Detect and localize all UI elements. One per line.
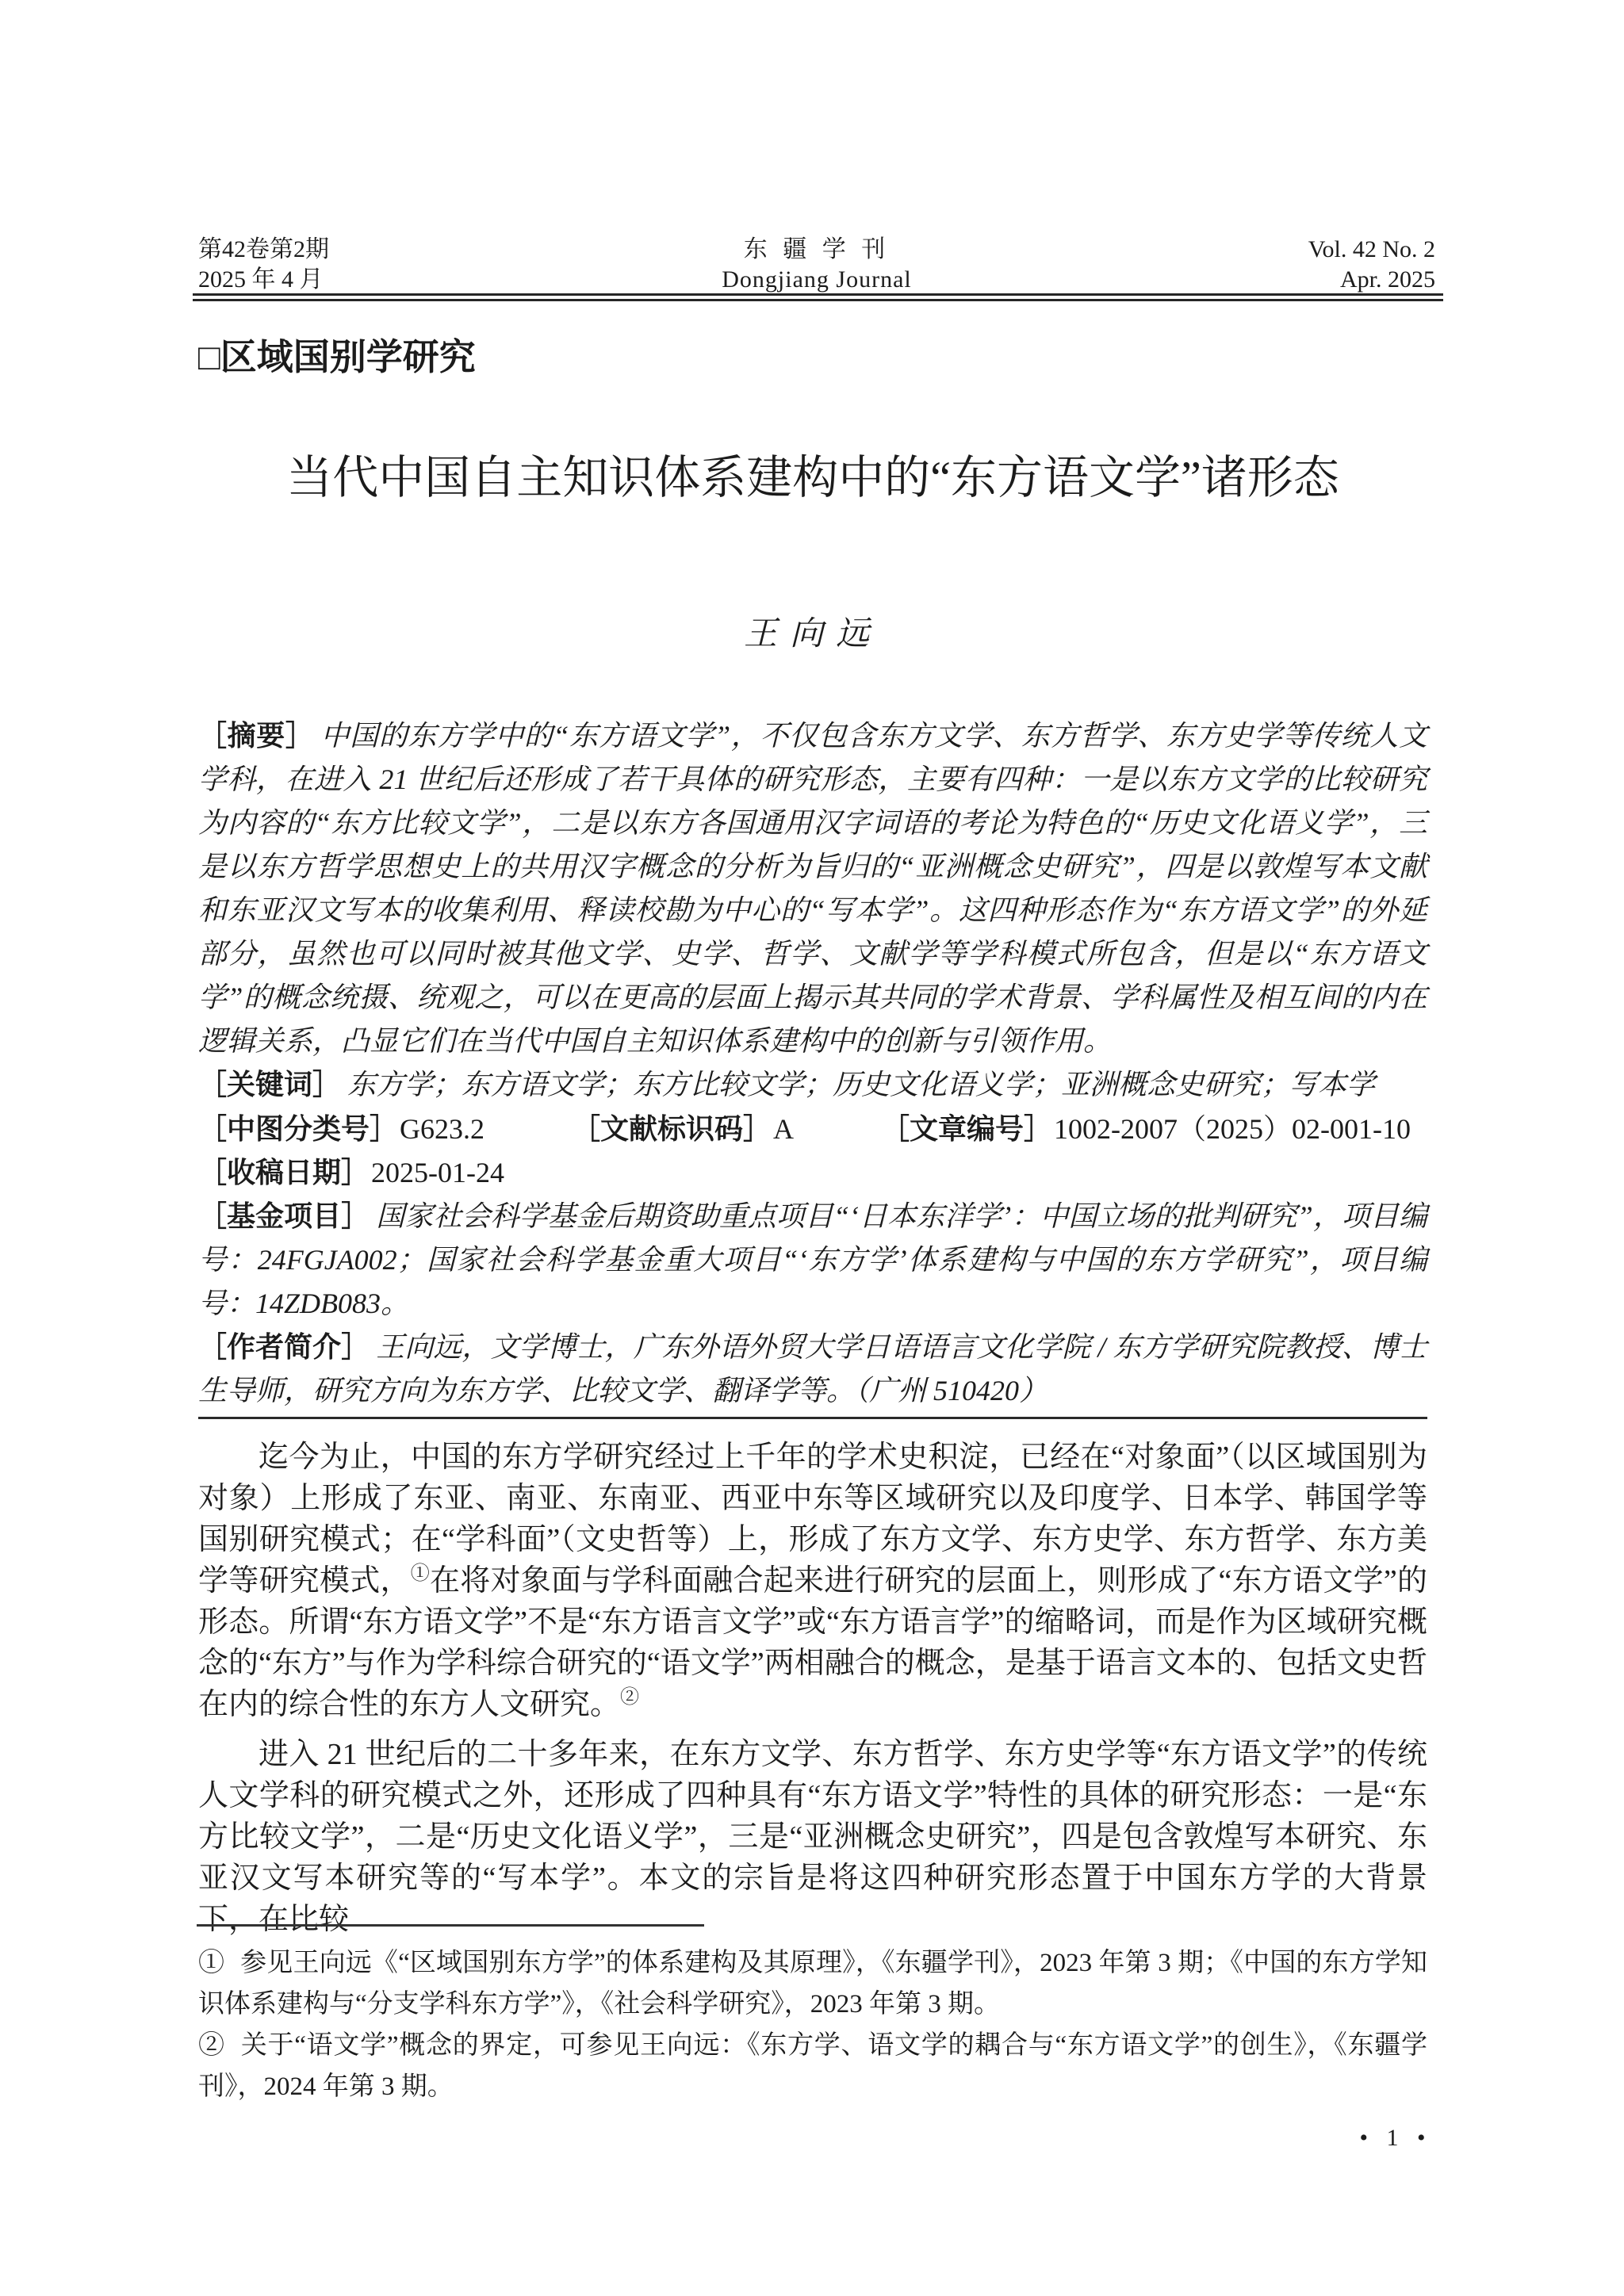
received-date-block: ［收稿日期］2025-01-24 <box>198 1150 1427 1195</box>
body-paragraph-2: 进入 21 世纪后的二十多年来，在东方文学、东方哲学、东方史学等“东方语文学”的… <box>198 1734 1427 1940</box>
author-bio-label: ［作者简介］ <box>198 1330 370 1363</box>
body-paragraph-1: 迄今为止，中国的东方学研究经过上千年的学术史积淀，已经在“对象面”（以区域国别为… <box>198 1437 1427 1725</box>
header-double-rule <box>193 293 1443 301</box>
doc-code-pair: ［文献标识码］A <box>572 1107 794 1151</box>
clc-label: ［中图分类号］ <box>198 1112 398 1145</box>
journal-header-row-2: 2025 年 4 月 Dongjiang Journal Apr. 2025 <box>198 265 1435 297</box>
doc-code-label: ［文献标识码］ <box>572 1112 772 1145</box>
doc-code-value: A <box>773 1113 794 1145</box>
clc-pair: ［中图分类号］G623.2 <box>198 1107 485 1151</box>
keywords-block: ［关键词］东方学；东方语文学；东方比较文学；历史文化语义学；亚洲概念史研究；写本… <box>198 1062 1427 1107</box>
footnote-ref-1: ① <box>411 1563 430 1584</box>
journal-title-en: Dongjiang Journal <box>198 265 1435 295</box>
article-id-value: 1002-2007（2025）02-001-10 <box>1054 1113 1411 1145</box>
fund-block: ［基金项目］国家社会科学基金后期资助重点项目“‘日本东洋学’：中国立场的批判研究… <box>198 1194 1427 1326</box>
page-number: • 1 • <box>1324 2125 1467 2152</box>
keywords-line: ［关键词］东方学；东方语文学；东方比较文学；历史文化语义学；亚洲概念史研究；写本… <box>198 1062 1427 1107</box>
fund-label: ［基金项目］ <box>198 1200 370 1232</box>
footnote-2: ②关于“语文学”概念的界定，可参见王向远：《东方学、语文学的耦合与“东方语文学”… <box>198 2025 1427 2107</box>
abstract-text: 中国的东方学中的“东方语文学”，不仅包含东方文学、东方哲学、东方史学等传统人文学… <box>198 720 1427 1057</box>
volume-issue-en: Vol. 42 No. 2 <box>1308 235 1435 265</box>
received-label: ［收稿日期］ <box>198 1156 370 1188</box>
footnote-1-marker: ① <box>198 1949 224 1977</box>
article-author: 王向远 <box>198 607 1427 655</box>
keywords-text: 东方学；东方语文学；东方比较文学；历史文化语义学；亚洲概念史研究；写本学 <box>347 1069 1375 1100</box>
date-en: Apr. 2025 <box>1340 265 1435 295</box>
author-bio-text: 王向远，文学博士，广东外语外贸大学日语语言文化学院 / 东方学研究院教授、博士生… <box>198 1331 1427 1406</box>
footnote-2-text: 关于“语文学”概念的界定，可参见王向远：《东方学、语文学的耦合与“东方语文学”的… <box>198 2031 1427 2101</box>
front-matter-separator-rule <box>198 1417 1427 1419</box>
abstract-block: ［摘要］中国的东方学中的“东方语文学”，不仅包含东方文学、东方哲学、东方史学等传… <box>198 714 1427 1063</box>
footnote-ref-2: ② <box>620 1687 639 1708</box>
received-value: 2025-01-24 <box>371 1157 504 1188</box>
article-id-pair: ［文章编号］1002-2007（2025）02-001-10 <box>881 1107 1411 1151</box>
abstract-paragraph: ［摘要］中国的东方学中的“东方语文学”，不仅包含东方文学、东方哲学、东方史学等传… <box>198 714 1427 1063</box>
author-bio-paragraph: ［作者简介］王向远，文学博士，广东外语外贸大学日语语言文化学院 / 东方学研究院… <box>198 1325 1427 1413</box>
author-bio-block: ［作者简介］王向远，文学博士，广东外语外贸大学日语语言文化学院 / 东方学研究院… <box>198 1325 1427 1413</box>
section-label: □区域国别学研究 <box>198 336 476 377</box>
fund-text: 国家社会科学基金后期资助重点项目“‘日本东洋学’：中国立场的批判研究”，项目编号… <box>198 1200 1427 1319</box>
footnote-2-marker: ② <box>198 2031 225 2060</box>
abstract-label: ［摘要］ <box>198 719 314 752</box>
fund-paragraph: ［基金项目］国家社会科学基金后期资助重点项目“‘日本东洋学’：中国立场的批判研究… <box>198 1194 1427 1326</box>
journal-page: 第42卷第2期 东 疆 学 刊 Vol. 42 No. 2 2025 年 4 月… <box>0 0 1624 2296</box>
classification-row: ［中图分类号］G623.2 ［文献标识码］A ［文章编号］1002-2007（2… <box>198 1107 1427 1151</box>
journal-title-cn: 东 疆 学 刊 <box>198 235 1435 265</box>
keywords-label: ［关键词］ <box>198 1068 341 1100</box>
article-id-label: ［文章编号］ <box>881 1112 1052 1145</box>
article-title: 当代中国自主知识体系建构中的“东方语文学”诸形态 <box>198 450 1427 506</box>
journal-header-row-1: 第42卷第2期 东 疆 学 刊 Vol. 42 No. 2 <box>198 235 1435 266</box>
footnote-1: ①参见王向远《“区域国别东方学”的体系建构及其原理》，《东疆学刊》，2023 年… <box>198 1942 1427 2025</box>
clc-value: G623.2 <box>400 1113 485 1145</box>
received-line: ［收稿日期］2025-01-24 <box>198 1150 1427 1195</box>
footnotes: ①参见王向远《“区域国别东方学”的体系建构及其原理》，《东疆学刊》，2023 年… <box>198 1942 1427 2107</box>
footnote-1-text: 参见王向远《“区域国别东方学”的体系建构及其原理》，《东疆学刊》，2023 年第… <box>198 1949 1427 2019</box>
footnote-rule <box>197 1924 704 1927</box>
